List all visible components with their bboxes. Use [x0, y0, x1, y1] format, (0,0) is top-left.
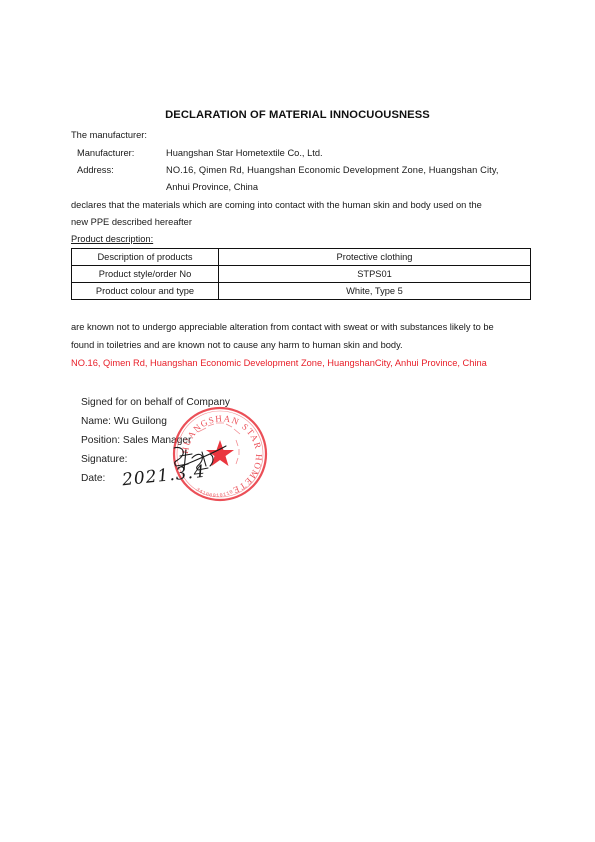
table-key: Description of products	[72, 249, 219, 266]
document-page: DECLARATION OF MATERIAL INNOCUOUSNESS Th…	[0, 0, 595, 842]
table-value: Protective clothing	[219, 249, 531, 266]
manufacturer-value: Huangshan Star Hometextile Co., Ltd.	[166, 148, 323, 158]
document-title: DECLARATION OF MATERIAL INNOCUOUSNESS	[0, 109, 595, 121]
signer-name: Name: Wu Guilong	[81, 416, 167, 427]
conclusion-line-1: are known not to undergo appreciable alt…	[71, 322, 494, 332]
table-row: Product colour and type White, Type 5	[72, 283, 531, 300]
conclusion-line-2: found in toiletries and are known not to…	[71, 340, 403, 350]
table-row: Description of products Protective cloth…	[72, 249, 531, 266]
product-description-heading: Product description:	[71, 234, 153, 244]
table-row: Product style/order No STPS01	[72, 266, 531, 283]
table-key: Product colour and type	[72, 283, 219, 300]
address-line-1: NO.16, Qimen Rd, Huangshan Economic Deve…	[166, 165, 499, 175]
table-value: STPS01	[219, 266, 531, 283]
red-address-line: NO.16, Qimen Rd, Huangshan Economic Deve…	[71, 358, 487, 368]
address-label: Address:	[77, 165, 114, 175]
date-label: Date:	[81, 473, 105, 484]
manufacturer-label: Manufacturer:	[77, 148, 134, 158]
table-key: Product style/order No	[72, 266, 219, 283]
address-line-2: Anhui Province, China	[166, 182, 258, 192]
declaration-line-2: new PPE described hereafter	[71, 217, 192, 227]
product-table: Description of products Protective cloth…	[71, 248, 531, 300]
manufacturer-intro: The manufacturer:	[71, 130, 147, 140]
declaration-line-1: declares that the materials which are co…	[71, 200, 482, 210]
table-value: White, Type 5	[219, 283, 531, 300]
